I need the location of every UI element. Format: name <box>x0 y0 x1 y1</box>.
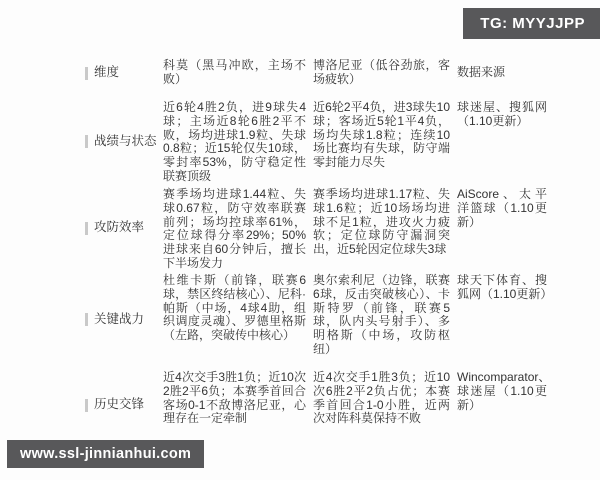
row-record-source: 球迷屋、搜狐网（1.10更新） <box>457 98 547 185</box>
row-label-history: 历史交锋 <box>85 368 163 442</box>
row-history-como: 近4次交手3胜1负；近10次2胜2平6负；本赛季首回合客场0-1不敌博洛尼亚，心… <box>163 368 313 442</box>
column-header-dimension: 维度 <box>85 48 163 98</box>
row-label-keyplayers: 关键战力 <box>85 271 163 368</box>
column-header-como: 科莫（黑马冲欧，主场不败） <box>163 48 313 98</box>
telegram-watermark-text: TG: MYYJJPP <box>480 15 585 32</box>
team-comparison-table: 维度 科莫（黑马冲欧，主场不败） 博洛尼亚（低谷劲旅，客场疲软） 数据来源 战绩… <box>85 48 547 442</box>
row-history-source: Wincomparator、球迷屋（1.10更新） <box>457 368 547 442</box>
column-header-source: 数据来源 <box>457 48 547 98</box>
row-label-record: 战绩与状态 <box>85 98 163 185</box>
row-label-efficiency: 攻防效率 <box>85 185 163 271</box>
row-efficiency-source: AiScore、太平洋篮球（1.10更新） <box>457 185 547 271</box>
row-record-como: 近6轮4胜2负，进9球失4球；主场近8轮6胜2平不败，场均进球1.9粒、失球0.… <box>163 98 313 185</box>
row-history-bologna: 近4次交手1胜3负；近10次6胜2平2负占优；本赛季首回合1-0小胜，近两次对阵… <box>313 368 457 442</box>
row-efficiency-bologna: 赛季场均进球1.17粒、失球1.6粒；近10场场均进球不足1粒，进攻火力疲软；定… <box>313 185 457 271</box>
row-keyplayers-como: 杜维卡斯（前锋，联赛6球，禁区终结核心）、尼科·帕斯（中场，4球4助，组织调度灵… <box>163 271 313 368</box>
website-watermark-badge: www.ssl-jinnianhui.com <box>7 440 204 468</box>
row-record-bologna: 近6轮2平4负，进3球失10球；客场近5轮1平4负，场均失球1.8粒；连续10场… <box>313 98 457 185</box>
telegram-watermark-badge: TG: MYYJJPP <box>463 8 600 39</box>
row-efficiency-como: 赛季场均进球1.44粒、失球0.67粒，防守效率联赛前列；场均控球率61%，定位… <box>163 185 313 271</box>
column-header-bologna: 博洛尼亚（低谷劲旅，客场疲软） <box>313 48 457 98</box>
website-watermark-text: www.ssl-jinnianhui.com <box>20 446 191 462</box>
row-keyplayers-source: 球天下体育、搜狐网（1.10更新） <box>457 271 547 368</box>
row-keyplayers-bologna: 奥尔索利尼（边锋，联赛6球，反击突破核心）、卡斯特罗（前锋，联赛5球，队内头号射… <box>313 271 457 368</box>
